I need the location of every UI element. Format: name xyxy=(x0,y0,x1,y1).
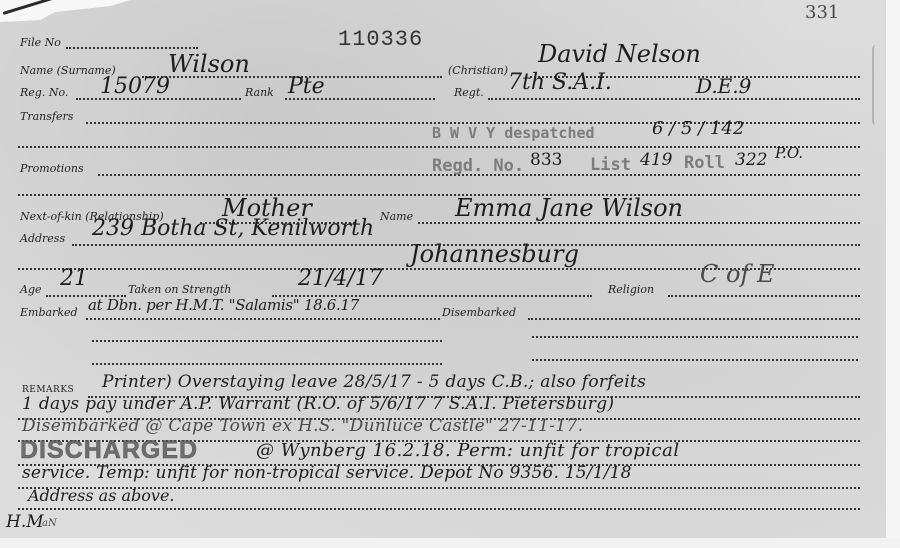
regiment-label: Regt. xyxy=(454,86,484,99)
embarked-line xyxy=(86,318,440,320)
remarks-entry-3: Disembarked @ Cape Town ex H.S. "Dunluce… xyxy=(22,416,583,436)
file-no-label: File No xyxy=(20,36,61,49)
roll-suffix: P.O. xyxy=(775,144,803,162)
despatched-date: 6 / 5 / 142 xyxy=(652,118,744,139)
transfers-line-2 xyxy=(18,146,860,148)
despatched-stamp: B W V Y despatched xyxy=(432,124,595,142)
card-bottom-edge xyxy=(0,538,900,548)
list-stamp: List xyxy=(590,155,631,175)
nok-name-label: Name xyxy=(380,210,413,223)
rank-label: Rank xyxy=(245,86,274,99)
address-line-2: Johannesburg xyxy=(410,240,579,268)
taken-on-strength-label: Taken on Strength xyxy=(128,283,231,296)
embarked-extra-line-1 xyxy=(92,340,442,342)
card-right-edge xyxy=(886,0,900,548)
reg-no-value: 15079 xyxy=(100,74,170,99)
remarks-entry-1: Printer) Overstaying leave 28/5/17 - 5 d… xyxy=(102,372,646,392)
age-label: Age xyxy=(20,283,42,296)
footer-initials-small: aN xyxy=(42,518,57,529)
transfers-label: Transfers xyxy=(20,110,73,123)
disembarked-label: Disembarked xyxy=(442,306,516,319)
disembarked-extra-line-2 xyxy=(532,359,858,361)
address-line-1: 239 Botha St, Kenilworth xyxy=(92,216,374,241)
card-fold-mark xyxy=(872,45,880,125)
regiment-value: 7th S.A.I. xyxy=(508,70,612,95)
nok-name-line xyxy=(418,222,860,224)
remarks-entry-5: service. Temp: unfit for non-tropical se… xyxy=(22,463,632,483)
roll-stamp: Roll xyxy=(684,153,725,173)
roll-value: 322 xyxy=(735,150,767,170)
embarked-label: Embarked xyxy=(20,306,78,319)
disembarked-extra-line-1 xyxy=(532,336,858,338)
separator-line xyxy=(18,194,860,196)
regd-no-value: 833 xyxy=(530,150,562,170)
taken-on-strength-value: 21/4/17 xyxy=(298,266,383,291)
christian-name-value: David Nelson xyxy=(538,40,701,68)
regiment-line xyxy=(488,98,860,100)
remarks-entry-6: Address as above. xyxy=(28,486,175,505)
next-of-kin-name: Emma Jane Wilson xyxy=(455,194,683,222)
disembarked-line xyxy=(528,318,860,320)
discharged-stamp: DISCHARGED xyxy=(20,436,198,465)
regd-no-stamp: Regd. No. xyxy=(432,156,524,176)
religion-label: Religion xyxy=(608,283,654,296)
page-number: 331 xyxy=(805,2,839,23)
remarks-entry-4: @ Wynberg 16.2.18. Perm: unfit for tropi… xyxy=(256,440,680,461)
regiment-extra-value: D.E.9 xyxy=(696,74,751,98)
footer-initials: H.M xyxy=(6,512,44,532)
embarked-extra-line-2 xyxy=(92,363,442,365)
file-number-stamp: 110336 xyxy=(338,27,423,52)
address-label: Address xyxy=(20,232,65,245)
age-value: 21 xyxy=(60,266,88,291)
list-value: 419 xyxy=(640,150,672,170)
rank-value: Pte xyxy=(288,74,325,99)
christian-name-label: (Christian) xyxy=(448,64,508,77)
reg-no-label: Reg. No. xyxy=(20,86,68,99)
embarked-value: at Dbn. per H.M.T. "Salamis" 18.6.17 xyxy=(88,296,359,314)
remarks-line-6 xyxy=(18,508,860,510)
promotions-label: Promotions xyxy=(20,162,84,175)
religion-value: C of E xyxy=(700,260,774,288)
file-no-line xyxy=(66,47,198,49)
remarks-entry-2: 1 days pay under A.P. Warrant (R.O. of 5… xyxy=(22,394,614,414)
surname-value: Wilson xyxy=(168,50,250,78)
religion-line xyxy=(668,295,860,297)
